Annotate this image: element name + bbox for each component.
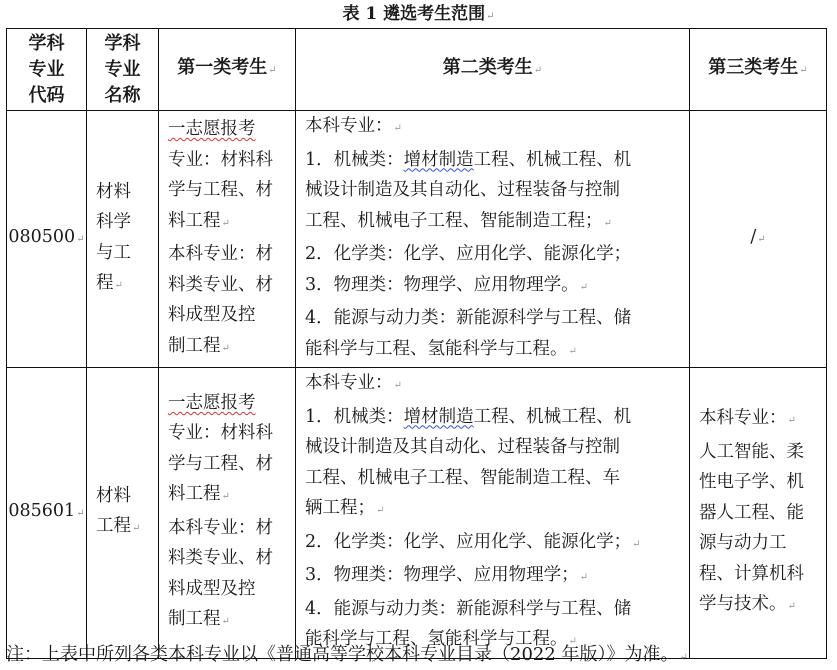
third-line: 性电子学、机 xyxy=(699,467,820,498)
third-line: 人工智能、柔 xyxy=(699,437,820,468)
table-title-text: 表 1 遴选考生范围 xyxy=(342,4,485,24)
header-code: 学科 专业 代码 xyxy=(7,29,87,111)
second-line: 本科专业： xyxy=(305,116,393,136)
paragraph-mark-icon: ↵ xyxy=(534,65,542,76)
header-code-line: 专业 xyxy=(7,57,86,83)
spellcheck-text: 一志愿报考 xyxy=(168,119,256,139)
third-line: 程、计算机科 xyxy=(699,559,820,590)
second-line: 1．机械类：增材制造工程、机械工程、机 xyxy=(305,402,683,433)
first-line: 料工程 xyxy=(168,211,221,231)
header-code-line: 代码 xyxy=(7,83,86,109)
spellcheck-text: 一志愿报考 xyxy=(168,393,256,413)
paragraph-mark-icon: ↵ xyxy=(222,491,230,502)
second-line: 4．能源与动力类：新能源科学与工程、储 xyxy=(305,303,683,334)
second-line: 2．化学类：化学、应用化学、能源化学； xyxy=(305,239,683,270)
second-line: 能科学与工程、氢能科学与工程。 xyxy=(305,339,568,359)
paragraph-mark-icon: ↵ xyxy=(788,415,796,426)
cell-name: 材料 工程↵ xyxy=(87,368,159,659)
table-title: 表 1 遴选考生范围↵ xyxy=(0,3,837,28)
first-line: 料成型及控 xyxy=(168,300,289,331)
table-row: 080500↵ 材料 科学 与工 程↵ 一志愿报考 专业：材料科 学与工程、材 … xyxy=(7,111,827,368)
header-name-line: 名称 xyxy=(87,83,158,109)
header-second-text: 第二类考生 xyxy=(443,57,533,78)
code-text: 085601 xyxy=(8,501,75,521)
cell-third-class: /↵ xyxy=(690,111,827,368)
header-code-line: 学科 xyxy=(7,31,86,57)
first-line: 料工程 xyxy=(168,484,221,504)
paragraph-mark-icon: ↵ xyxy=(580,572,588,583)
second-line: 2．化学类：化学、应用化学、能源化学； xyxy=(305,532,631,552)
table-note: 注：上表中所列各类本科专业以《普通高等学校本科专业目录（2022 年版）》为准。… xyxy=(6,643,688,670)
first-line: 学与工程、材 xyxy=(168,175,289,206)
paragraph-mark-icon: ↵ xyxy=(486,11,494,22)
paragraph-mark-icon: ↵ xyxy=(394,123,402,134)
paragraph-mark-icon: ↵ xyxy=(788,601,796,612)
third-line: / xyxy=(750,227,756,247)
second-line: 辆工程； xyxy=(305,498,375,518)
paragraph-mark-icon: ↵ xyxy=(76,234,84,245)
paragraph-mark-icon: ↵ xyxy=(376,505,384,516)
paragraph-mark-icon: ↵ xyxy=(632,539,640,550)
paragraph-mark-icon: ↵ xyxy=(115,280,123,291)
first-line: 一志愿报考 xyxy=(168,114,289,145)
name-line: 科学 xyxy=(96,207,152,238)
paragraph-mark-icon: ↵ xyxy=(757,234,765,245)
paragraph-mark-icon: ↵ xyxy=(222,218,230,229)
second-line: 工程、机械电子工程、智能制造工程、车 xyxy=(305,463,683,494)
cell-code: 080500↵ xyxy=(7,111,87,368)
paragraph-mark-icon: ↵ xyxy=(604,218,612,229)
paragraph-mark-icon: ↵ xyxy=(268,65,276,76)
third-line: 源与动力工 xyxy=(699,528,820,559)
third-line: 器人工程、能 xyxy=(699,498,820,529)
paragraph-mark-icon: ↵ xyxy=(569,346,577,357)
name-line: 材料 xyxy=(96,481,152,512)
first-line: 专业：材料科 xyxy=(168,145,289,176)
first-line: 料类专业、材 xyxy=(168,270,289,301)
cell-name: 材料 科学 与工 程↵ xyxy=(87,111,159,368)
header-row: 学科 专业 代码 学科 专业 名称 第一类考生↵ 第二类考生↵ 第三类考生↵ xyxy=(7,29,827,111)
second-line: 3．物理类：物理学、应用物理学； xyxy=(305,565,579,585)
paragraph-mark-icon: ↵ xyxy=(222,616,230,627)
first-line: 本科专业：材 xyxy=(168,239,289,270)
cell-second-class: 本科专业：↵ 1．机械类：增材制造工程、机械工程、机 械设计制造及其自动化、过程… xyxy=(296,368,690,659)
third-line: 本科专业： xyxy=(699,408,787,428)
cell-first-class: 一志愿报考 专业：材料科 学与工程、材 料工程↵ 本科专业：材 料类专业、材 料… xyxy=(159,111,296,368)
second-line: 3．物理类：物理学、应用物理学。 xyxy=(305,275,579,295)
second-line: 械设计制造及其自动化、过程装备与控制 xyxy=(305,175,683,206)
first-line: 学与工程、材 xyxy=(168,449,289,480)
second-line: 1．机械类：增材制造工程、机械工程、机 xyxy=(305,145,683,176)
table-row: 085601↵ 材料 工程↵ 一志愿报考 专业：材料科 学与工程、材 料工程↵ … xyxy=(7,368,827,659)
header-name-line: 专业 xyxy=(87,57,158,83)
paragraph-mark-icon: ↵ xyxy=(76,508,84,519)
first-line: 一志愿报考 xyxy=(168,388,289,419)
code-text: 080500 xyxy=(8,227,75,247)
name-line: 材料 xyxy=(96,177,152,208)
second-line: 工程、机械电子工程、智能制造工程； xyxy=(305,211,603,231)
first-line: 专业：材料科 xyxy=(168,418,289,449)
header-first-text: 第一类考生 xyxy=(177,57,267,78)
header-name-line: 学科 xyxy=(87,31,158,57)
header-name: 学科 专业 名称 xyxy=(87,29,159,111)
cell-second-class: 本科专业：↵ 1．机械类：增材制造工程、机械工程、机 械设计制造及其自动化、过程… xyxy=(296,111,690,368)
name-line: 工程 xyxy=(96,516,131,536)
first-line: 料成型及控 xyxy=(168,574,289,605)
paragraph-mark-icon: ↵ xyxy=(580,282,588,293)
first-line: 本科专业：材 xyxy=(168,513,289,544)
paragraph-mark-icon: ↵ xyxy=(799,65,807,76)
second-line: 4．能源与动力类：新能源科学与工程、储 xyxy=(305,594,683,625)
paragraph-mark-icon: ↵ xyxy=(680,652,688,663)
cell-first-class: 一志愿报考 专业：材料科 学与工程、材 料工程↵ 本科专业：材 料类专业、材 料… xyxy=(159,368,296,659)
header-third-text: 第三类考生 xyxy=(708,57,798,78)
first-line: 料类专业、材 xyxy=(168,543,289,574)
first-line: 制工程 xyxy=(168,336,221,356)
cell-code: 085601↵ xyxy=(7,368,87,659)
second-line: 械设计制造及其自动化、过程装备与控制 xyxy=(305,432,683,463)
candidate-scope-table: 学科 专业 代码 学科 专业 名称 第一类考生↵ 第二类考生↵ 第三类考生↵ 0… xyxy=(6,28,827,659)
note-text: 注：上表中所列各类本科专业以《普通高等学校本科专业目录（2022 年版）》为准。 xyxy=(6,644,679,665)
name-line: 与工 xyxy=(96,238,152,269)
first-line: 制工程 xyxy=(168,609,221,629)
header-first-class: 第一类考生↵ xyxy=(159,29,296,111)
spellcheck-text: 增材制造 xyxy=(404,150,474,170)
third-line: 学与技术。 xyxy=(699,594,787,614)
spellcheck-text: 增材制造 xyxy=(404,407,474,427)
paragraph-mark-icon: ↵ xyxy=(394,380,402,391)
second-line: 本科专业： xyxy=(305,373,393,393)
header-third-class: 第三类考生↵ xyxy=(690,29,827,111)
cell-third-class: 本科专业：↵ 人工智能、柔 性电子学、机 器人工程、能 源与动力工 程、计算机科… xyxy=(690,368,827,659)
paragraph-mark-icon: ↵ xyxy=(222,343,230,354)
name-line: 程 xyxy=(96,273,114,293)
header-second-class: 第二类考生↵ xyxy=(296,29,690,111)
paragraph-mark-icon: ↵ xyxy=(132,523,140,534)
